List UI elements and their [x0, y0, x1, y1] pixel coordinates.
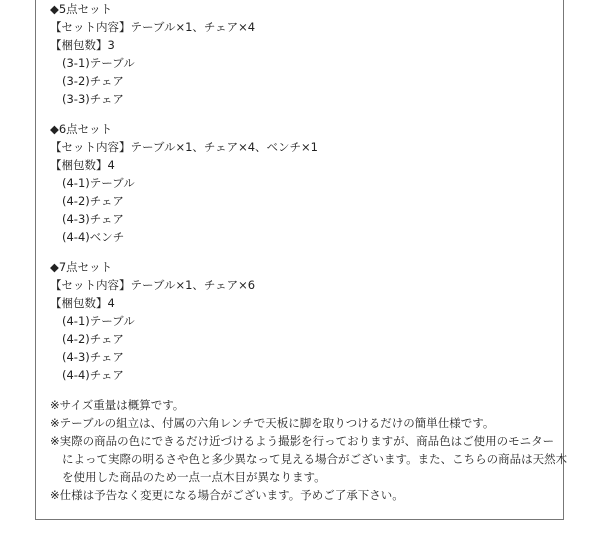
note-color: ※実際の商品の色にできるだけ近づけるよう撮影を行っておりますが、商品色はご使用の… — [50, 432, 560, 450]
set-6: ◆6点セット 【セット内容】テーブル×1、チェア×4、ベンチ×1 【梱包数】4 … — [50, 120, 560, 246]
package-item: (4-3)チェア — [50, 210, 560, 228]
package-item: (3-3)チェア — [50, 90, 560, 108]
spec-content: ◆5点セット 【セット内容】テーブル×1、チェア×4 【梱包数】3 (3-1)テ… — [50, 0, 560, 504]
set-title: ◆6点セット — [50, 120, 560, 138]
package-item: (3-1)テーブル — [50, 54, 560, 72]
set-title: ◆7点セット — [50, 258, 560, 276]
package-item: (4-4)チェア — [50, 366, 560, 384]
note-spec-change: ※仕様は予告なく変更になる場合がございます。予めご了承下さい。 — [50, 486, 560, 504]
package-item: (4-2)チェア — [50, 330, 560, 348]
note-size-weight: ※サイズ重量は概算です。 — [50, 396, 560, 414]
package-item: (4-1)テーブル — [50, 312, 560, 330]
package-item: (4-4)ベンチ — [50, 228, 560, 246]
set-7: ◆7点セット 【セット内容】テーブル×1、チェア×6 【梱包数】4 (4-1)テ… — [50, 258, 560, 384]
set-contents: 【セット内容】テーブル×1、チェア×4 — [50, 18, 560, 36]
package-count: 【梱包数】4 — [50, 294, 560, 312]
notes: ※サイズ重量は概算です。 ※テーブルの組立は、付属の六角レンチで天板に脚を取りつ… — [50, 396, 560, 504]
set-contents: 【セット内容】テーブル×1、チェア×4、ベンチ×1 — [50, 138, 560, 156]
set-title: ◆5点セット — [50, 0, 560, 18]
package-item: (4-3)チェア — [50, 348, 560, 366]
package-item: (3-2)チェア — [50, 72, 560, 90]
set-contents: 【セット内容】テーブル×1、チェア×6 — [50, 276, 560, 294]
note-assembly: ※テーブルの組立は、付属の六角レンチで天板に脚を取りつけるだけの簡単仕様です。 — [50, 414, 560, 432]
note-color-cont: によって実際の明るさや色と多少異なって見える場合がございます。また、こちらの商品… — [50, 450, 560, 468]
package-item: (4-1)テーブル — [50, 174, 560, 192]
note-color-cont: を使用した商品のため一点一点木目が異なります。 — [50, 468, 560, 486]
package-count: 【梱包数】4 — [50, 156, 560, 174]
package-item: (4-2)チェア — [50, 192, 560, 210]
package-count: 【梱包数】3 — [50, 36, 560, 54]
set-5: ◆5点セット 【セット内容】テーブル×1、チェア×4 【梱包数】3 (3-1)テ… — [50, 0, 560, 108]
